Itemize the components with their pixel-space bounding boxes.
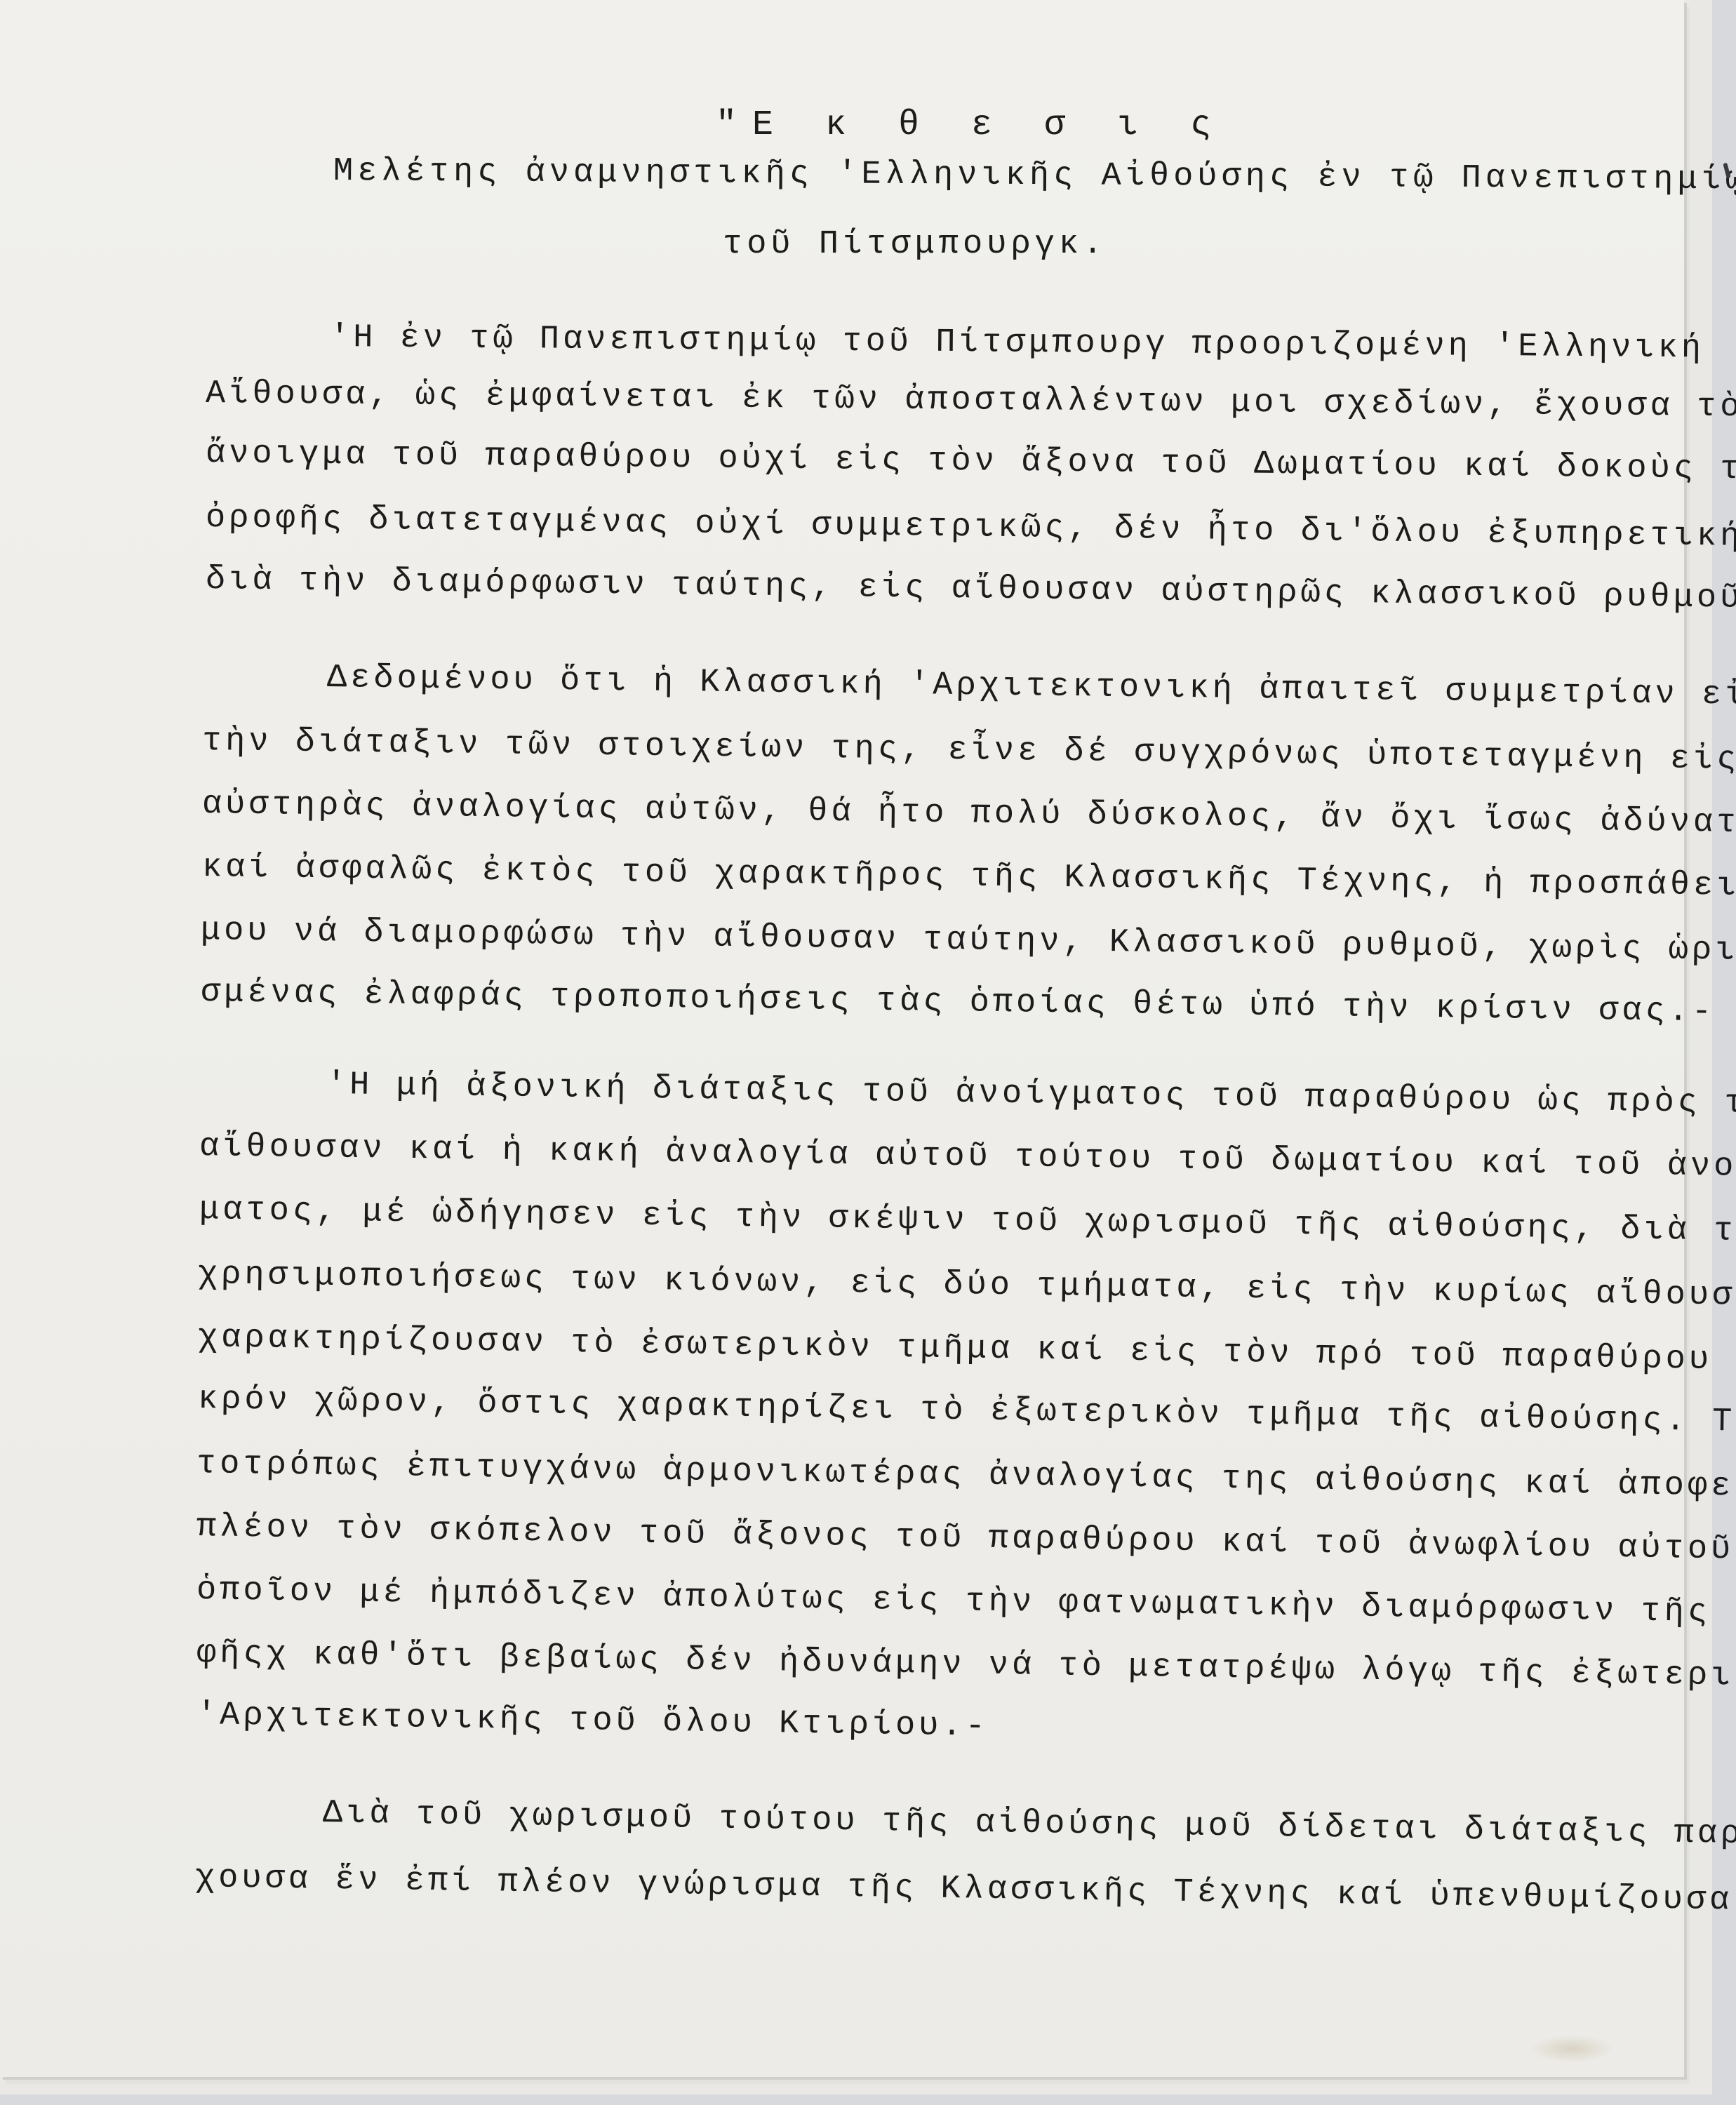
paragraph-1-line-2: Αἴθουσα, ὡς ἐμφαίνεται ἐκ τῶν ἀποσταλλέν…	[206, 375, 1736, 426]
paragraph-3-line-8: πλέον τὸν σκόπελον τοῦ ἄξονος τοῦ παραθύ…	[196, 1509, 1736, 1570]
paragraph-2-line-4: καί ἀσφαλῶς ἐκτὸς τοῦ χαρακτῆρος τῆς Κλα…	[202, 849, 1736, 905]
paragraph-3-line-5: χαρακτηρίζουσαν τὸ ἐσωτερικὸν τμῆμα καί …	[198, 1319, 1736, 1380]
paragraph-2-line-1: Δεδομένου ὅτι ἡ Κλασσική 'Αρχιτεκτονική …	[327, 660, 1736, 714]
paragraph-3-line-9: ὁποῖον μέ ἠμπόδιζεν ἀπολύτως εἰς τὴν φατ…	[196, 1572, 1736, 1633]
paragraph-4-line-2: χουσα ἕν ἐπί πλέον γνώρισμα τῆς Κλασσικῆ…	[195, 1859, 1736, 1921]
document-subtitle-line-2: τοῦ Πίτσμπουργκ.	[723, 226, 1107, 263]
paragraph-3-line-7: τοτρόπως ἐπιτυγχάνω ἁρμονικωτέρας ἀναλογ…	[196, 1445, 1736, 1506]
paragraph-1-line-3: ἄνοιγμα τοῦ παραθύρου οὐχί εἰς τὸν ἄξονα…	[206, 435, 1736, 489]
paragraph-3-line-3: ματος, μέ ὡδήγησεν εἰς τὴν σκέψιν τοῦ χω…	[199, 1191, 1736, 1251]
paragraph-1-line-5: διὰ τὴν διαμόρφωσιν ταύτης, εἰς αἴθουσαν…	[206, 561, 1736, 618]
paragraph-4-line-1: Διὰ τοῦ χωρισμοῦ τούτου τῆς αἰθούσης μοῦ…	[323, 1795, 1736, 1854]
paragraph-1-line-1: 'Η ἐν τῷ Πανεπιστημίῳ τοῦ Πίτσμπουργ προ…	[330, 319, 1704, 367]
paragraph-3-line-2: αἴθουσαν καί ἡ κακή ἀναλογία αὐτοῦ τούτο…	[199, 1128, 1736, 1187]
paper-stain	[1530, 2035, 1614, 2063]
paragraph-3-line-4: χρησιμοποιήσεως των κιόνων, εἰς δύο τμήμ…	[198, 1256, 1736, 1316]
paragraph-3-line-1: 'Η μή ἀξονική διάταξις τοῦ ἀνοίγματος το…	[326, 1067, 1736, 1123]
paragraph-2-line-6: σμένας ἐλαφράς τροποποιήσεις τὰς ὁποίας …	[201, 974, 1716, 1031]
paragraph-1-line-4: ὀροφῆς διατεταγμένας οὐχί συμμετρικῶς, δ…	[206, 500, 1736, 556]
paragraph-3-line-6: κρόν χῶρον, ὅστις χαρακτηρίζει τὸ ἐξωτερ…	[198, 1381, 1736, 1443]
paragraph-3-line-10: φῆςχ καθ'ὅτι βεβαίως δέν ἠδυνάμην νά τὸ …	[196, 1635, 1736, 1696]
paragraph-3-line-11: 'Αρχιτεκτονικῆς τοῦ ὅλου Κτιρίου.-	[196, 1697, 989, 1746]
document-subtitle-line-1: Μελέτης ἀναμνηστικῆς 'Ελληνικῆς Αἰθούσης…	[333, 153, 1736, 199]
document-title: "Ε κ θ ε σ ι ς	[716, 105, 1227, 145]
typewritten-page: "Ε κ θ ε σ ι ς Μελέτης ἀναμνηστικῆς 'Ελλ…	[0, 0, 1684, 2077]
paragraph-2-line-5: μου νά διαμορφώσω τὴν αἴθουσαν ταύτην, Κ…	[201, 912, 1736, 970]
paragraph-2-line-3: αὐστηρὰς ἀναλογίας αὐτῶν, θά ἦτο πολύ δύ…	[202, 786, 1736, 843]
show-through-text	[0, 0, 1684, 2077]
paragraph-2-line-2: τὴν διάταξιν τῶν στοιχείων της, εἶνε δέ …	[202, 723, 1736, 779]
